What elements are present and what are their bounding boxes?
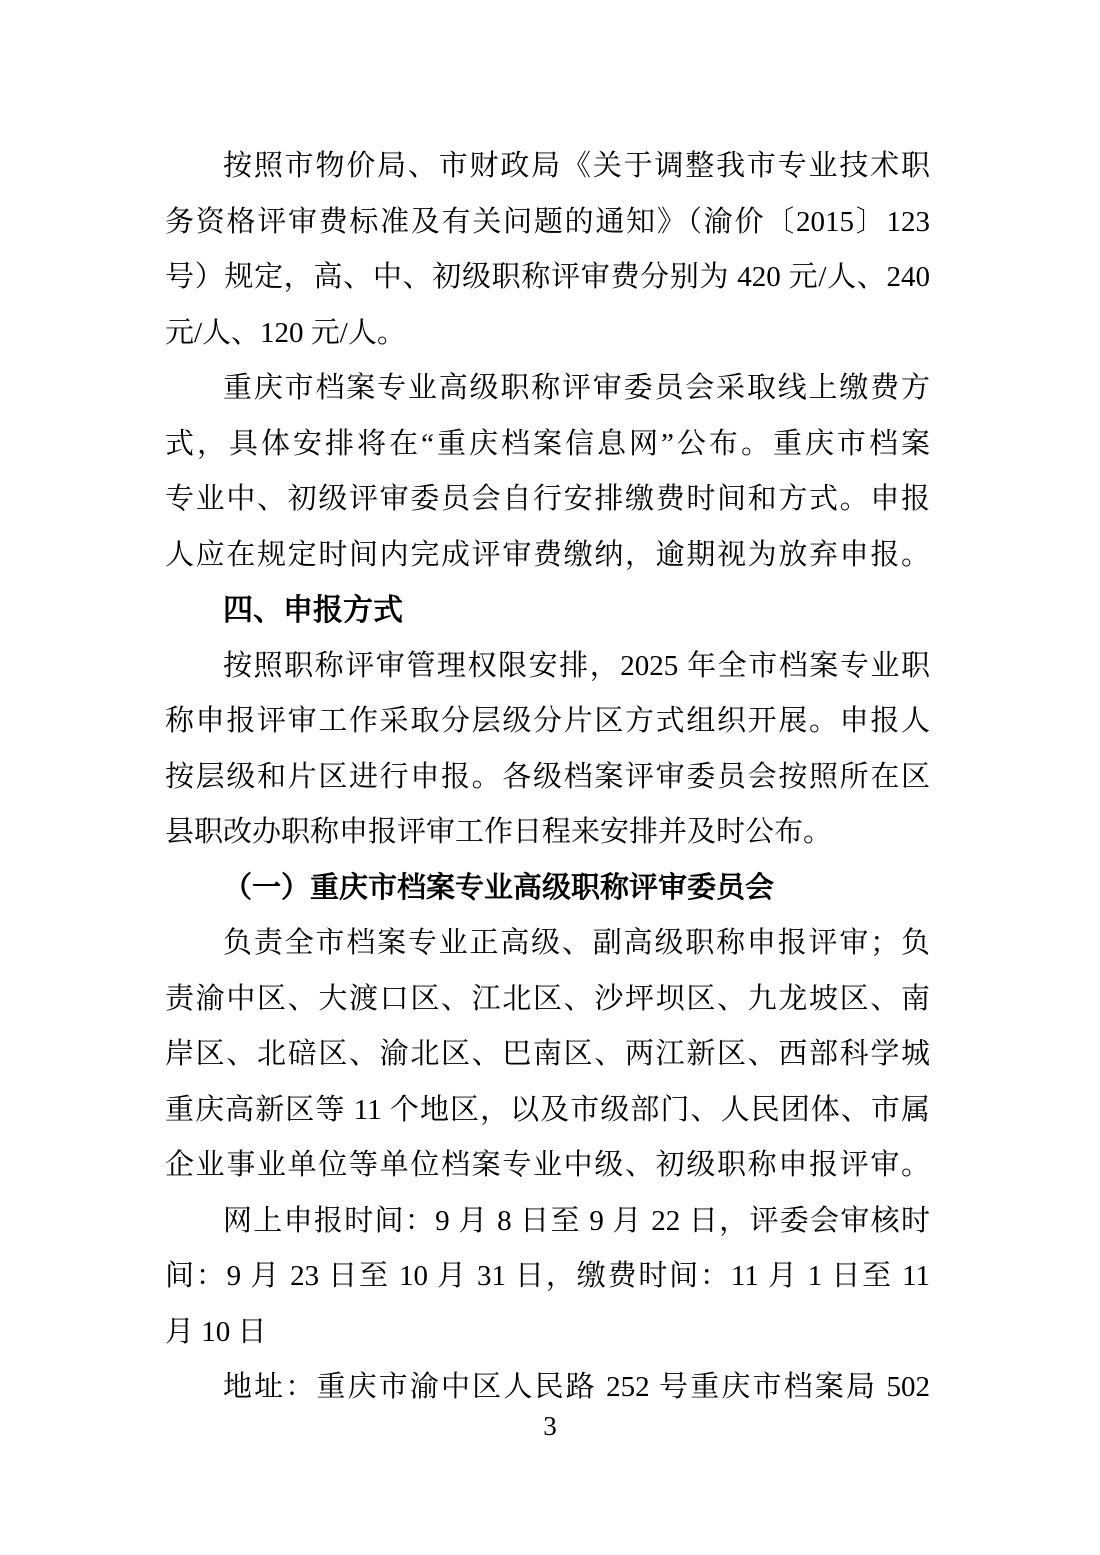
text-line: 元/人、120 元/人。 — [165, 306, 930, 362]
text-line: 号）规定，高、中、初级职称评审费分别为 420 元/人、240 — [165, 250, 930, 306]
text-line: 专业中、初级评审委员会自行安排缴费时间和方式。申报 — [165, 472, 930, 528]
paragraph: 按照市物价局、市财政局《关于调整我市专业技术职务资格评审费标准及有关问题的通知》… — [165, 139, 930, 361]
paragraph: 负责全市档案专业正高级、副高级职称申报评审；负责渝中区、大渡口区、江北区、沙坪坝… — [165, 916, 930, 1194]
paragraph: 网上申报时间：9 月 8 日至 9 月 22 日，评委会审核时间：9 月 23 … — [165, 1194, 930, 1361]
text-line: （一）重庆市档案专业高级职称评审委员会 — [165, 861, 930, 917]
text-line: 务资格评审费标准及有关问题的通知》（渝价〔2015〕123 — [165, 195, 930, 251]
paragraph: 重庆市档案专业高级职称评审委员会采取线上缴费方式，具体安排将在“重庆档案信息网”… — [165, 361, 930, 583]
section-heading: （一）重庆市档案专业高级职称评审委员会 — [165, 861, 930, 917]
page-number: 3 — [0, 1408, 1100, 1444]
text-line: 按层级和片区进行申报。各级档案评审委员会按照所在区 — [165, 750, 930, 806]
document-body: 按照市物价局、市财政局《关于调整我市专业技术职务资格评审费标准及有关问题的通知》… — [165, 139, 930, 1416]
text-line: 称申报评审工作采取分层级分片区方式组织开展。申报人 — [165, 694, 930, 750]
text-line: 四、申报方式 — [165, 583, 930, 639]
text-line: 县职改办职称申报评审工作日程来安排并及时公布。 — [165, 805, 930, 861]
document-page: 按照市物价局、市财政局《关于调整我市专业技术职务资格评审费标准及有关问题的通知》… — [0, 0, 1100, 1555]
text-line: 月 10 日 — [165, 1305, 930, 1361]
text-line: 按照职称评审管理权限安排，2025 年全市档案专业职 — [165, 639, 930, 695]
paragraph: 按照职称评审管理权限安排，2025 年全市档案专业职称申报评审工作采取分层级分片… — [165, 639, 930, 861]
text-line: 人应在规定时间内完成评审费缴纳，逾期视为放弃申报。 — [165, 528, 930, 584]
text-line: 间：9 月 23 日至 10 月 31 日，缴费时间：11 月 1 日至 11 — [165, 1249, 930, 1305]
text-line: 重庆市档案专业高级职称评审委员会采取线上缴费方 — [165, 361, 930, 417]
section-heading: 四、申报方式 — [165, 583, 930, 639]
text-line: 网上申报时间：9 月 8 日至 9 月 22 日，评委会审核时 — [165, 1194, 930, 1250]
text-line: 负责全市档案专业正高级、副高级职称申报评审；负 — [165, 916, 930, 972]
text-line: 重庆高新区等 11 个地区，以及市级部门、人民团体、市属 — [165, 1083, 930, 1139]
text-line: 按照市物价局、市财政局《关于调整我市专业技术职 — [165, 139, 930, 195]
text-line: 责渝中区、大渡口区、江北区、沙坪坝区、九龙坡区、南 — [165, 972, 930, 1028]
text-line: 式，具体安排将在“重庆档案信息网”公布。重庆市档案 — [165, 417, 930, 473]
text-line: 企业事业单位等单位档案专业中级、初级职称申报评审。 — [165, 1138, 930, 1194]
text-line: 岸区、北碚区、渝北区、巴南区、两江新区、西部科学城 — [165, 1027, 930, 1083]
